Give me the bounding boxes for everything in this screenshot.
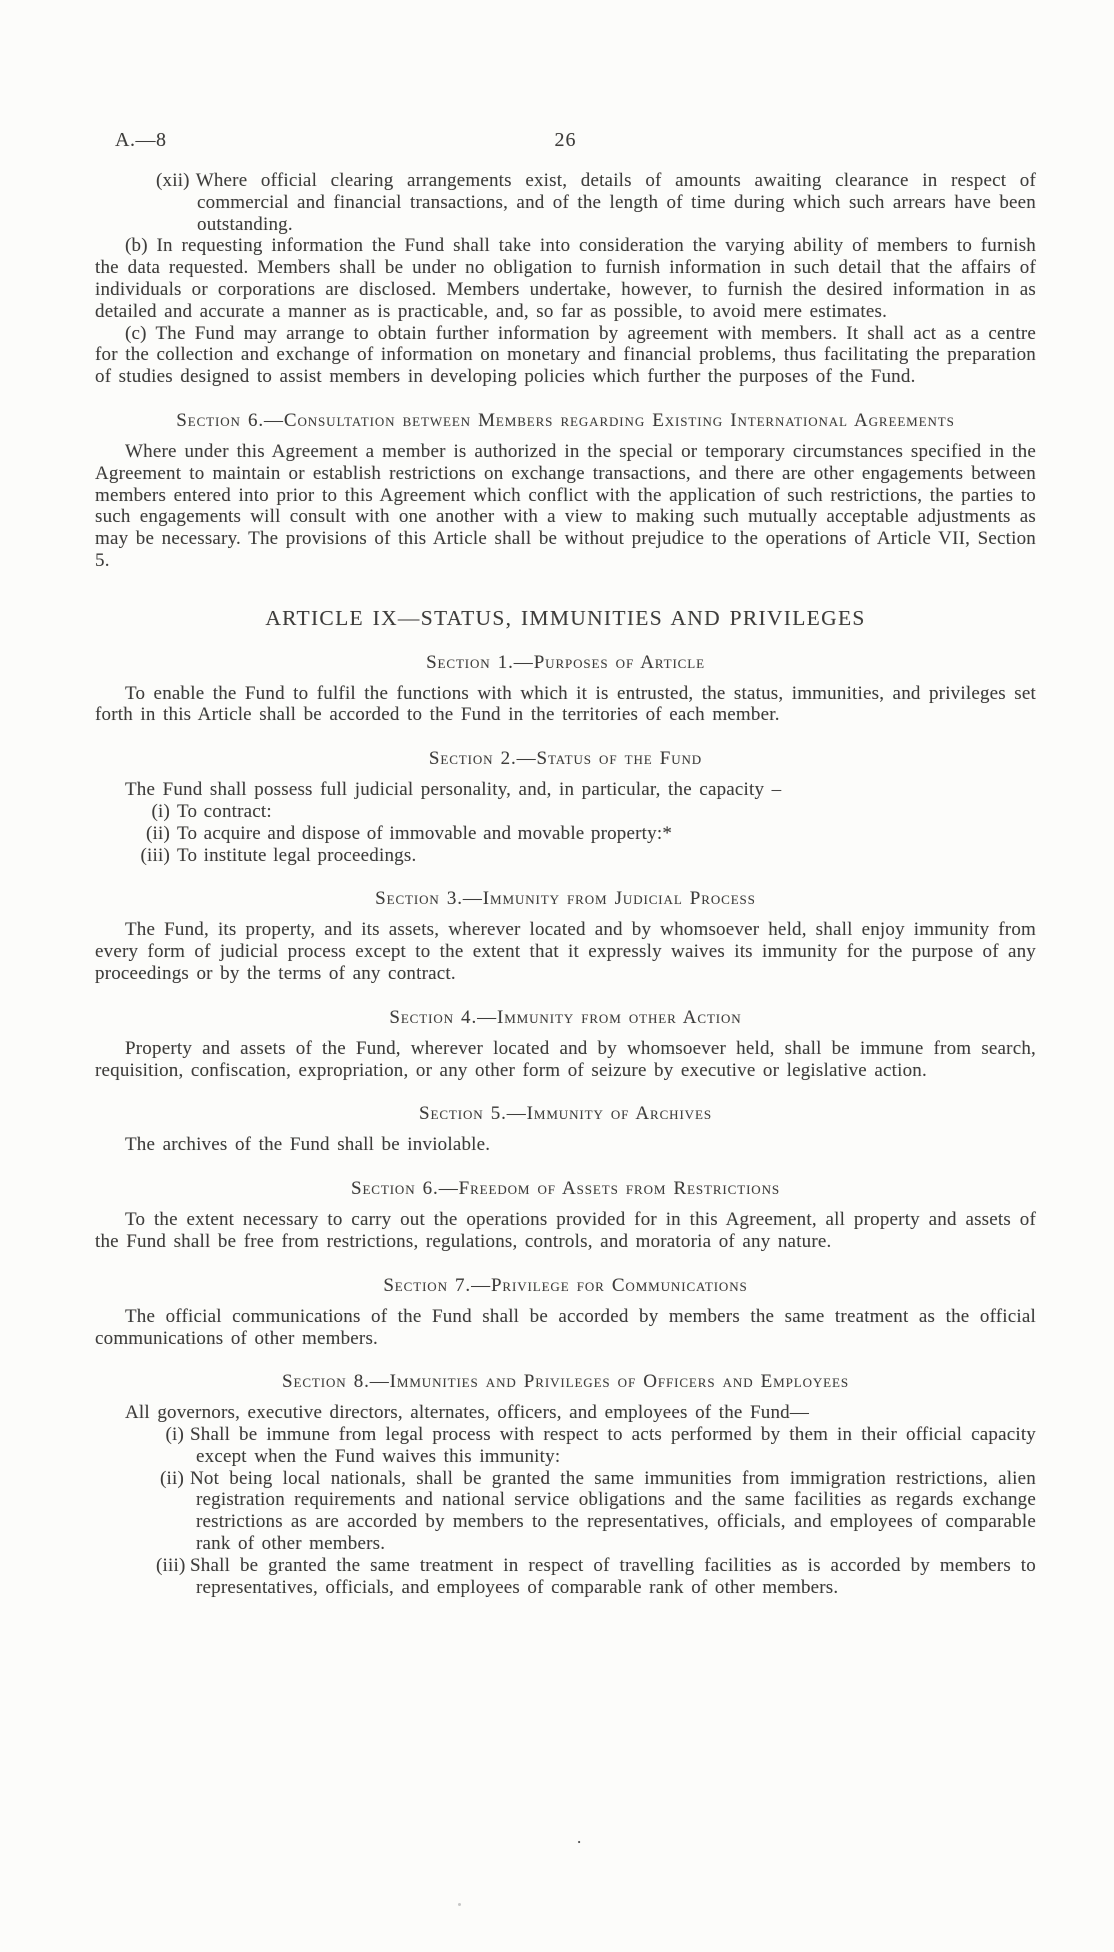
scanned-document-page: A.—8 26 (xii)Where official clearing arr… (0, 0, 1114, 1952)
section-8-heading: Section 8.—Immunities and Privileges of … (95, 1369, 1036, 1395)
paragraph-c: (c) The Fund may arrange to obtain furth… (95, 323, 1036, 388)
section-1-paragraph: To enable the Fund to fulfil the functio… (95, 683, 1036, 727)
item-i-text: To contract: (177, 801, 272, 822)
section-3-paragraph: The Fund, its property, and its assets, … (95, 919, 1036, 984)
section-7-paragraph: The official communications of the Fund … (95, 1306, 1036, 1350)
item-ii-text: Not being local nationals, shall be gran… (190, 1468, 1036, 1554)
item-iii-text: To institute legal proceedings. (177, 845, 416, 866)
item-iii-label: (iii) (135, 845, 177, 867)
running-head: A.—8 26 (95, 130, 1036, 158)
item-ii-text: To acquire and dispose of immovable and … (177, 823, 672, 844)
page-number: 26 (95, 130, 1036, 152)
clause-xii-text: Where official clearing arrangements exi… (196, 170, 1036, 235)
item-i-label: (i) (135, 801, 177, 823)
section-2-item-ii: (ii)To acquire and dispose of immovable … (135, 823, 1036, 845)
section-8-item-iii: (iii)Shall be granted the same treatment… (196, 1555, 1036, 1599)
clause-xii: (xii)Where official clearing arrangement… (197, 170, 1036, 235)
section-2-heading: Section 2.—Status of the Fund (95, 746, 1036, 772)
section-2-paragraph: The Fund shall possess full judicial per… (95, 779, 1036, 801)
section-5-paragraph: The archives of the Fund shall be inviol… (95, 1134, 1036, 1156)
section-6-heading: Section 6.—Freedom of Assets from Restri… (95, 1176, 1036, 1202)
section-8-item-i: (i)Shall be immune from legal process wi… (196, 1424, 1036, 1468)
section-7-heading: Section 7.—Privilege for Communications (95, 1273, 1036, 1299)
section-4-heading: Section 4.—Immunity from other Action (95, 1005, 1036, 1031)
paragraph-b: (b) In requesting information the Fund s… (95, 235, 1036, 322)
item-i-label: (i) (156, 1424, 190, 1446)
section-heading-consultation: Section 6.—Consultation between Members … (126, 408, 1006, 434)
section-4-paragraph: Property and assets of the Fund, whereve… (95, 1038, 1036, 1082)
section-6-paragraph: To the extent necessary to carry out the… (95, 1209, 1036, 1253)
section-3-heading: Section 3.—Immunity from Judicial Proces… (95, 886, 1036, 912)
section-2-item-i: (i)To contract: (135, 801, 1036, 823)
item-i-text: Shall be immune from legal process with … (190, 1424, 1036, 1467)
section-8-paragraph: All governors, executive directors, alte… (95, 1402, 1036, 1424)
article-ix-title: ARTICLE IX—STATUS, IMMUNITIES AND PRIVIL… (95, 608, 1036, 630)
section-2-item-iii: (iii)To institute legal proceedings. (135, 845, 1036, 867)
item-iii-text: Shall be granted the same treatment in r… (190, 1555, 1036, 1598)
item-ii-label: (ii) (135, 823, 177, 845)
consultation-paragraph: Where under this Agreement a member is a… (95, 441, 1036, 572)
scan-speck (458, 1903, 461, 1906)
item-iii-label: (iii) (156, 1555, 190, 1577)
item-ii-label: (ii) (156, 1468, 190, 1490)
section-5-heading: Section 5.—Immunity of Archives (95, 1101, 1036, 1127)
clause-xii-label: (xii) (156, 170, 196, 191)
section-1-heading: Section 1.—Purposes of Article (95, 650, 1036, 676)
print-artifact-dot: . (577, 1828, 581, 1848)
page-content: A.—8 26 (xii)Where official clearing arr… (95, 130, 1036, 1598)
section-8-item-ii: (ii)Not being local nationals, shall be … (196, 1468, 1036, 1555)
